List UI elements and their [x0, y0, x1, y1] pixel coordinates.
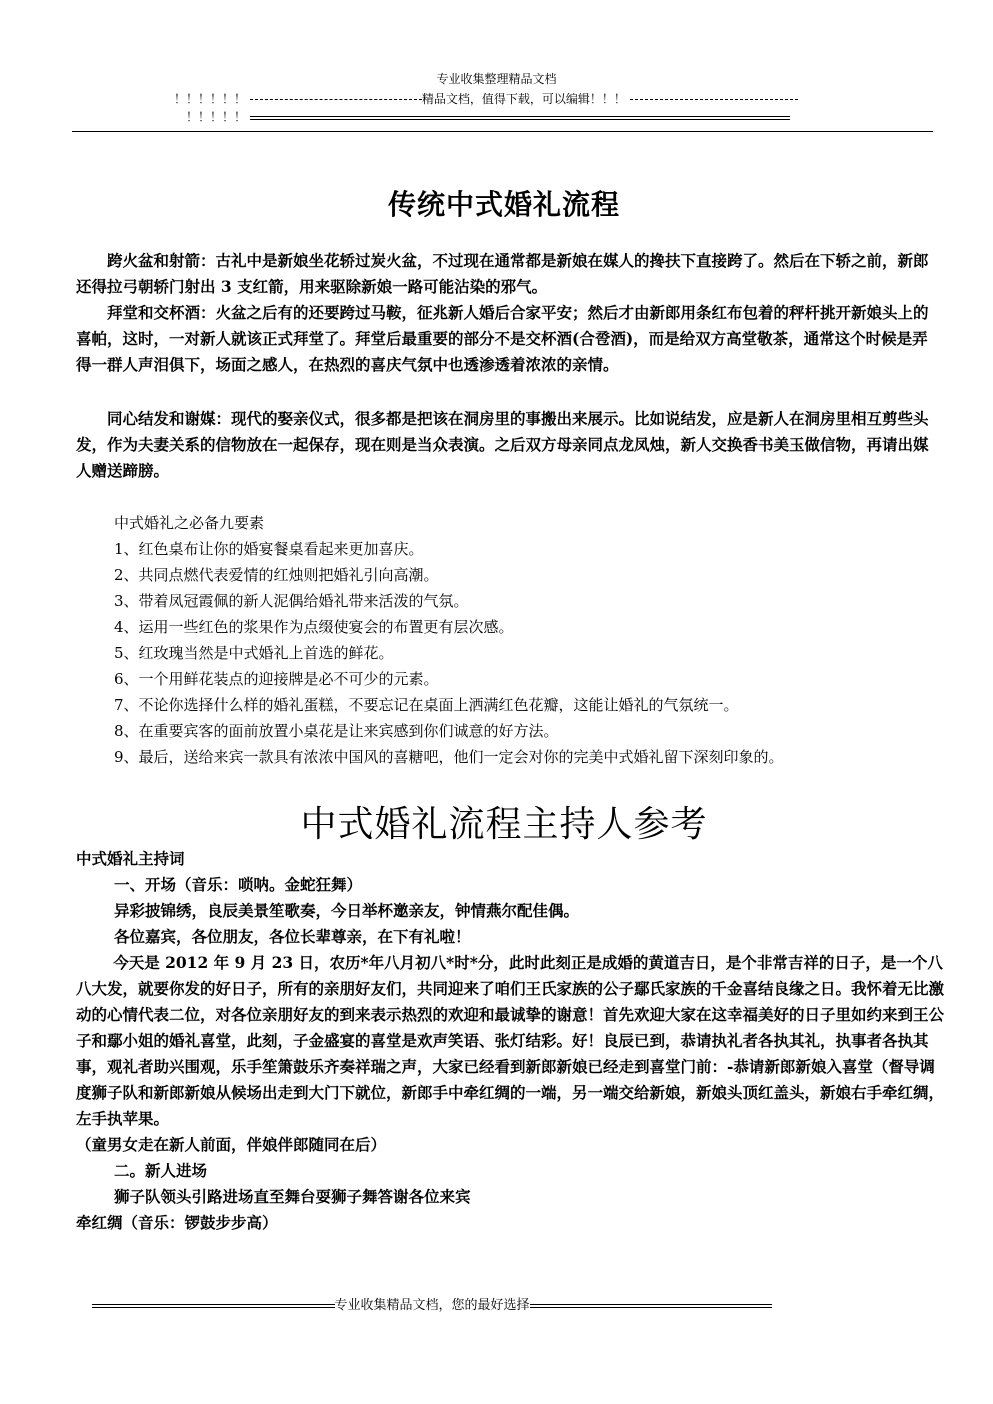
elements-list: 中式婚礼之必备九要素 1、红色桌布让你的婚宴餐桌看起来更加喜庆。 2、共同点燃代…: [114, 510, 784, 770]
part-heading: 一、开场（音乐：唢呐。金蛇狂舞）: [76, 872, 946, 898]
list-item: 6、一个用鲜花装点的迎接牌是必不可少的元素。: [114, 666, 784, 692]
dashed-rule: [250, 99, 422, 100]
list-item: 3、带着凤冠霞佩的新人泥偶给婚礼带来活泼的气氛。: [114, 588, 784, 614]
list-item: 2、共同点燃代表爱情的红烛则把婚礼引向高潮。: [114, 562, 784, 588]
host-script: 中式婚礼主持词 一、开场（音乐：唢呐。金蛇狂舞） 异彩披锦绣，良辰美景笙歌奏，今…: [76, 846, 946, 1236]
header-slogan: 精品文档，值得下载，可以编辑！！！: [422, 92, 626, 106]
section-title: 传统中式婚礼流程: [0, 183, 993, 223]
header-exclaims: ！！！！！: [186, 110, 246, 124]
section-title: 中式婚礼流程主持人参考: [0, 796, 993, 847]
list-item: 7、不论你选择什么样的婚礼蛋糕，不要忘记在桌面上洒满红色花瓣，这能让婚礼的气氛统…: [114, 692, 784, 718]
list-item: 4、运用一些红色的浆果作为点缀使宴会的布置更有层次感。: [114, 614, 784, 640]
header-line-3: ！！！！！: [186, 110, 790, 124]
script-line: 各位嘉宾，各位朋友，各位长辈尊亲，在下有礼啦！: [76, 924, 946, 950]
header-exclaims: ！！！！！！: [174, 92, 246, 106]
script-line: 狮子队领头引路进场直至舞台耍狮子舞答谢各位来宾: [76, 1184, 946, 1210]
header-divider: [72, 131, 933, 132]
list-item: 1、红色桌布让你的婚宴餐桌看起来更加喜庆。: [114, 536, 784, 562]
paragraph: 跨火盆和射箭：古礼中是新娘坐花轿过炭火盆，不过现在通常都是新娘在媒人的搀扶下直接…: [76, 248, 940, 300]
part-heading: 二。新人进场: [76, 1158, 946, 1184]
list-item: 5、红玫瑰当然是中式婚礼上首选的鲜花。: [114, 640, 784, 666]
subtitle: 中式婚礼主持词: [76, 846, 946, 872]
list-item: 8、在重要宾客的面前放置小桌花是让来宾感到你们诚意的好方法。: [114, 718, 784, 744]
dashed-rule: [630, 99, 798, 100]
part-heading: 牵红绸（音乐：锣鼓步步高）: [76, 1210, 946, 1236]
script-note: （童男女走在新人前面，伴娘伴郎随同在后）: [76, 1132, 946, 1158]
footer: 专业收集精品文档，您的最好选择: [92, 1298, 772, 1314]
double-rule: [530, 1304, 773, 1308]
header-title: 专业收集整理精品文档: [0, 72, 993, 86]
paragraph: 拜堂和交杯酒：火盆之后有的还要跨过马鞍，征兆新人婚后合家平安；然后才由新郎用条红…: [76, 300, 940, 378]
footer-text: 专业收集精品文档，您的最好选择: [335, 1298, 530, 1314]
double-rule: [92, 1304, 335, 1308]
script-speech: 今天是 2012 年 9 月 23 日，农历*年八月初八*时*分，此时此刻正是成…: [76, 950, 946, 1132]
double-rule: [250, 116, 790, 120]
list-item: 9、最后，送给来宾一款具有浓浓中国风的喜糖吧，他们一定会对你的完美中式婚礼留下深…: [114, 744, 784, 770]
paragraph: 同心结发和谢媒：现代的娶亲仪式，很多都是把该在洞房里的事搬出来展示。比如说结发，…: [76, 406, 940, 484]
list-title: 中式婚礼之必备九要素: [114, 510, 784, 536]
script-line: 异彩披锦绣，良辰美景笙歌奏，今日举杯邀亲友，钟情燕尔配佳偶。: [76, 898, 946, 924]
header-line-2: ！！！！！！ 精品文档，值得下载，可以编辑！！！: [174, 92, 798, 106]
